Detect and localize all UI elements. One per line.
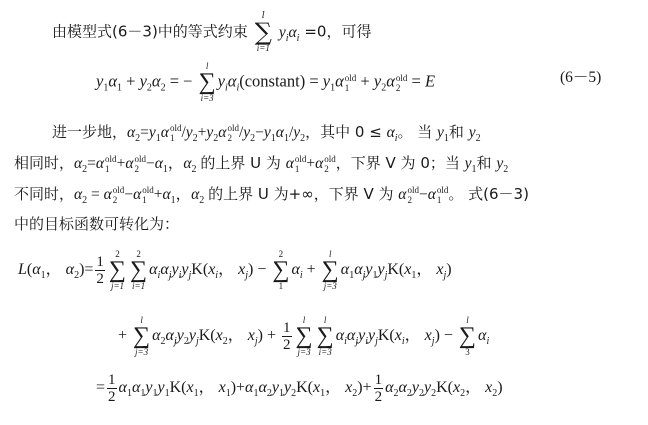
- equation-L-line-3: =12α1α1y1y1K(x1， x1)+α1α2y1y2K(x1， x2)+1…: [96, 372, 503, 405]
- summation-symbol: l ∑ i=3: [199, 62, 216, 103]
- paragraph-2-line-3: 不同时，α2 = αold2−αold1+α1，α2 的上界 U 为+∞，下界 …: [14, 184, 529, 211]
- constraint-expression: yiαi: [279, 24, 300, 41]
- equation-L-line-1: L(α1， α2)=122∑j=12∑i=1αiαjyiyjK(xi， xj) …: [18, 250, 452, 291]
- paragraph-2-line-2: 相同时，α2=αold1+αold2−α1，α2 的上界 U 为 αold1+α…: [14, 153, 508, 180]
- paragraph-1: 由模型式(6－3)中的等式约束 l ∑ i=1 yiαi =0，可得: [52, 12, 371, 53]
- summation-symbol: l ∑ i=1: [255, 12, 272, 53]
- equation-6-5: y1α1 + y2α2 = − l ∑ i=3 yiαi(constant) =…: [96, 62, 435, 103]
- paragraph-1-intro: 由模型式(6－3)中的等式约束: [52, 23, 248, 41]
- paragraph-2-line-1: 进一步地，α2=y1αold1/y2+y2αold2/y2−y1α1/y2，其中…: [52, 122, 481, 149]
- paragraph-1-after: =0，可得: [304, 23, 371, 41]
- equation-L-line-2: + l∑j=3α2αjy2yjK(x2， xj) + 12l∑j=3l∑i=3α…: [118, 316, 489, 357]
- equation-number-6-5: (6－5): [560, 68, 601, 88]
- paragraph-2-line-4: 中的目标函数可转化为：: [14, 214, 179, 234]
- fraction-half: 12: [95, 254, 105, 287]
